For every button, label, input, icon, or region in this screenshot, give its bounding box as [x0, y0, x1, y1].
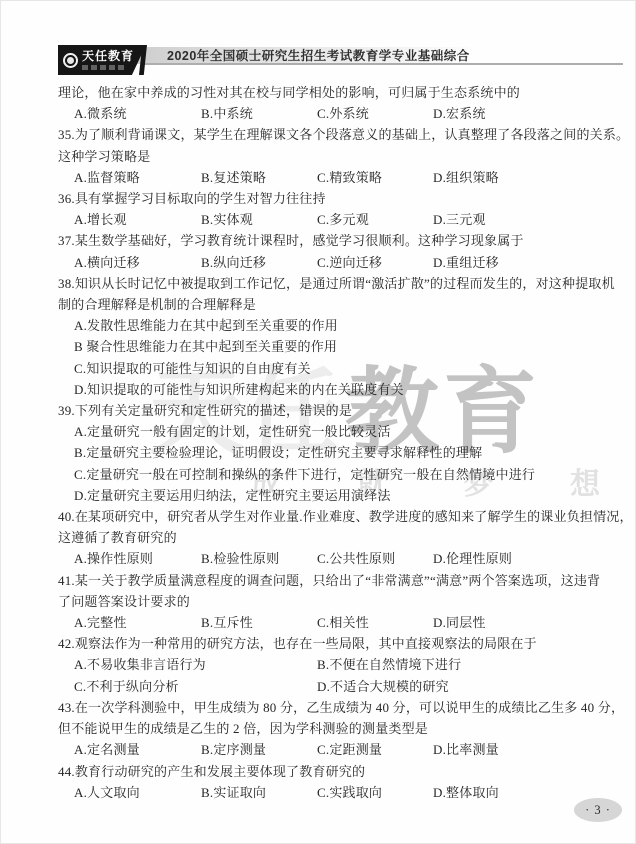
question-stem-line: 了问题答案设计要求的 [58, 591, 603, 612]
option: C.精致策略 [317, 167, 433, 188]
option: D.伦理性原则 [433, 548, 603, 569]
options-row-43: A.定名测量B.定序测量C.定距测量D.比率测量 [58, 739, 603, 760]
option: B.定量研究主要检验理论，证明假设；定性研究主要寻求解释性的理解 [74, 442, 603, 463]
question-block-37: 37.某生数学基础好，学习教育统计课程时，感觉学习很顺利。这种学习现象属于A.横… [58, 230, 603, 272]
option: C.相关性 [317, 612, 433, 633]
question-stem-line: 42.观察法作为一种常用的研究方法，也存在一些局限，其中直接观察法的局限在于 [58, 633, 603, 654]
question-stem-line: 41.某一关于教学质量满意程度的调查问题，只给出了“非常满意”“满意”两个答案选… [58, 570, 603, 591]
exam-page: 天任教育 2020年全国硕士研究生招生考试教育学专业基础综合 天任教育 成 就 … [0, 0, 636, 844]
publisher-logo: 天任教育 [58, 45, 146, 75]
option: B 聚合性思维能力在其中起到至关重要的作用 [74, 336, 603, 357]
option: A.操作性原则 [74, 548, 201, 569]
logo-subtext-decoration [82, 65, 126, 70]
option: C.定量研究一般在可控制和操纵的条件下进行，定性研究一般在自然情境中进行 [74, 464, 603, 485]
option: D.组织策略 [433, 167, 603, 188]
option: C.逆向迁移 [317, 252, 433, 273]
option: C.实践取向 [317, 782, 433, 803]
question-stem-line: 但不能说甲生的成绩是乙生的 2 倍，因为学科测验的测量类型是 [58, 718, 603, 739]
question-stem-line: 这种学习策略是 [58, 146, 603, 167]
logo-text: 天任教育 [82, 50, 134, 63]
options-row-36: A.增长观B.实体观C.多元观D.三元观 [58, 209, 603, 230]
question-stem-line: 36.具有掌握学习目标取向的学生对智力往往持 [58, 188, 603, 209]
option: A.不易收集非言语行为 [74, 654, 317, 675]
options-row-39: A.定量研究一般有固定的计划，定性研究一般比较灵活B.定量研究主要检验理论，证明… [58, 421, 603, 506]
option: A.人文取向 [74, 782, 201, 803]
question-block-34: 理论，他在家中养成的习性对其在校与同学相处的影响，可归属于生态系统中的A.微系统… [58, 82, 603, 124]
question-block-39: 39.下列有关定量研究和定性研究的描述，错误的是A.定量研究一般有固定的计划，定… [58, 400, 603, 506]
question-block-38: 38.知识从长时记忆中被提取到工作记忆，是通过所谓“激活扩散”的过程而发生的，对… [58, 273, 603, 400]
question-stem-line: 43.在一次学科测验中，甲生成绩为 80 分，乙生成绩为 40 分，可以说甲生的… [58, 697, 603, 718]
option: A.完整性 [74, 612, 201, 633]
option: C.外系统 [317, 103, 433, 124]
question-block-44: 44.教育行动研究的产生和发展主要体现了教育研究的A.人文取向B.实证取向C.实… [58, 761, 603, 803]
option: C.公共性原则 [317, 548, 433, 569]
option: D.同层性 [433, 612, 603, 633]
option: D.不适合大规模的研究 [317, 676, 603, 697]
question-stem-line: 理论，他在家中养成的习性对其在校与同学相处的影响，可归属于生态系统中的 [58, 82, 603, 103]
option: B.互斥性 [201, 612, 317, 633]
option: B.不便在自然情境下进行 [317, 654, 603, 675]
questions-container: 理论，他在家中养成的习性对其在校与同学相处的影响，可归属于生态系统中的A.微系统… [58, 82, 603, 803]
options-row-42: A.不易收集非言语行为B.不便在自然情境下进行C.不利于纵向分析D.不适合大规模… [58, 654, 603, 696]
option: A.定名测量 [74, 739, 201, 760]
options-row-34: A.微系统B.中系统C.外系统D.宏系统 [58, 103, 603, 124]
option: D.定量研究主要运用归纳法，定性研究主要运用演绎法 [74, 485, 603, 506]
options-row-44: A.人文取向B.实证取向C.实践取向D.整体取向 [58, 782, 603, 803]
option: B.中系统 [201, 103, 317, 124]
option: D.比率测量 [433, 739, 603, 760]
exam-title: 2020年全国硕士研究生招生考试教育学专业基础综合 [167, 47, 470, 64]
option: A.增长观 [74, 209, 201, 230]
question-block-36: 36.具有掌握学习目标取向的学生对智力往往持A.增长观B.实体观C.多元观D.三… [58, 188, 603, 230]
option: D.整体取向 [433, 782, 603, 803]
option: D.三元观 [433, 209, 603, 230]
option: B.纵向迁移 [201, 252, 317, 273]
option: D.知识提取的可能性与知识所建构起来的内在关联度有关 [74, 379, 603, 400]
question-stem-line: 制的合理解释是机制的合理解释是 [58, 294, 603, 315]
option: B.检验性原则 [201, 548, 317, 569]
option: C.知识提取的可能性与知识的自由度有关 [74, 358, 603, 379]
option: C.定距测量 [317, 739, 433, 760]
options-row-41: A.完整性B.互斥性C.相关性D.同层性 [58, 612, 603, 633]
option: A.定量研究一般有固定的计划，定性研究一般比较灵活 [74, 421, 603, 442]
options-row-37: A.横向迁移B.纵向迁移C.逆向迁移D.重组迁移 [58, 252, 603, 273]
question-stem-line: 39.下列有关定量研究和定性研究的描述，错误的是 [58, 400, 603, 421]
question-stem-line: 35.为了顺利背诵课文，某学生在理解课文各个段落意义的基础上，认真整理了各段落之… [58, 124, 603, 145]
option: D.宏系统 [433, 103, 603, 124]
question-stem-line: 44.教育行动研究的产生和发展主要体现了教育研究的 [58, 761, 603, 782]
option: A.微系统 [74, 103, 201, 124]
option: C.多元观 [317, 209, 433, 230]
question-stem-line: 38.知识从长时记忆中被提取到工作记忆，是通过所谓“激活扩散”的过程而发生的，对… [58, 273, 603, 294]
question-stem-line: 这遵循了教育研究的 [58, 527, 603, 548]
option: A.发散性思维能力在其中起到至关重要的作用 [74, 315, 603, 336]
question-block-40: 40.在某项研究中，研究者从学生对作业量.作业难度、教学进度的感知来了解学生的课… [58, 506, 603, 570]
question-block-42: 42.观察法作为一种常用的研究方法，也存在一些局限，其中直接观察法的局限在于A.… [58, 633, 603, 697]
page-number: · 3 · [585, 803, 611, 818]
option: D.重组迁移 [433, 252, 603, 273]
question-block-43: 43.在一次学科测验中，甲生成绩为 80 分，乙生成绩为 40 分，可以说甲生的… [58, 697, 603, 761]
options-row-40: A.操作性原则B.检验性原则C.公共性原则D.伦理性原则 [58, 548, 603, 569]
option: B.实体观 [201, 209, 317, 230]
option: C.不利于纵向分析 [74, 676, 317, 697]
question-block-41: 41.某一关于教学质量满意程度的调查问题，只给出了“非常满意”“满意”两个答案选… [58, 570, 603, 634]
options-row-35: A.监督策略B.复述策略C.精致策略D.组织策略 [58, 167, 603, 188]
question-block-35: 35.为了顺利背诵课文，某学生在理解课文各个段落意义的基础上，认真整理了各段落之… [58, 124, 603, 188]
option: B.定序测量 [201, 739, 317, 760]
option: A.横向迁移 [74, 252, 201, 273]
page-number-badge: · 3 · [574, 798, 622, 822]
question-stem-line: 40.在某项研究中，研究者从学生对作业量.作业难度、教学进度的感知来了解学生的课… [58, 506, 603, 527]
option: B.复述策略 [201, 167, 317, 188]
option: B.实证取向 [201, 782, 317, 803]
option: A.监督策略 [74, 167, 201, 188]
question-stem-line: 37.某生数学基础好，学习教育统计课程时，感觉学习很顺利。这种学习现象属于 [58, 230, 603, 251]
options-row-38: A.发散性思维能力在其中起到至关重要的作用B 聚合性思维能力在其中起到至关重要的… [58, 315, 603, 400]
logo-emblem-icon [63, 53, 78, 68]
